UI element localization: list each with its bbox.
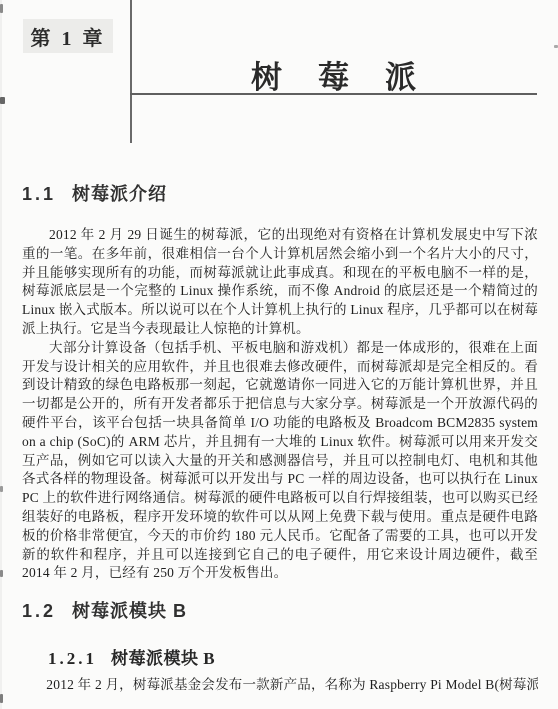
section-1-1-body: 2012 年 2 月 29 日诞生的树莓派，它的出现绝对有资格在计算机发展史中写…: [22, 226, 538, 583]
paragraph: 大部分计算设备（包括手机、平板电脑和游戏机）都是一体成形的，很难在上面开发与设计…: [22, 339, 538, 583]
subsection-title: 树莓派模块 B: [111, 649, 215, 668]
scan-artifact: [0, 570, 3, 577]
section-heading-1-1: 1.1树莓派介绍: [22, 180, 167, 206]
chapter-title: 树莓派: [130, 52, 537, 97]
section-heading-1-2: 1.2树莓派模块 B: [22, 597, 187, 623]
section-title: 树莓派介绍: [72, 184, 167, 204]
book-page: 第 1 章 树莓派 1.1树莓派介绍 2012 年 2 月 29 日诞生的树莓派…: [0, 0, 558, 709]
scan-artifact: [554, 45, 558, 48]
scan-artifact: [0, 4, 3, 13]
chapter-number-label: 第 1 章: [31, 22, 106, 51]
scan-artifact: [0, 694, 3, 703]
scan-edge-shadow: [0, 0, 2, 709]
subsection-heading-1-2-1: 1.2.1树莓派模块 B: [48, 644, 215, 669]
scan-artifact: [0, 97, 5, 104]
section-title: 树莓派模块 B: [72, 601, 187, 621]
paragraph: 2012 年 2 月，树莓派基金会发布一款新产品，名称为 Raspberry P…: [22, 676, 538, 695]
section-number: 1.1: [22, 184, 56, 204]
section-number: 1.2: [22, 601, 56, 621]
chapter-number-box: 第 1 章: [23, 19, 113, 53]
paragraph: 2012 年 2 月 29 日诞生的树莓派，它的出现绝对有资格在计算机发展史中写…: [22, 226, 538, 339]
subsection-number: 1.2.1: [48, 649, 97, 668]
scan-artifact: [0, 486, 3, 492]
